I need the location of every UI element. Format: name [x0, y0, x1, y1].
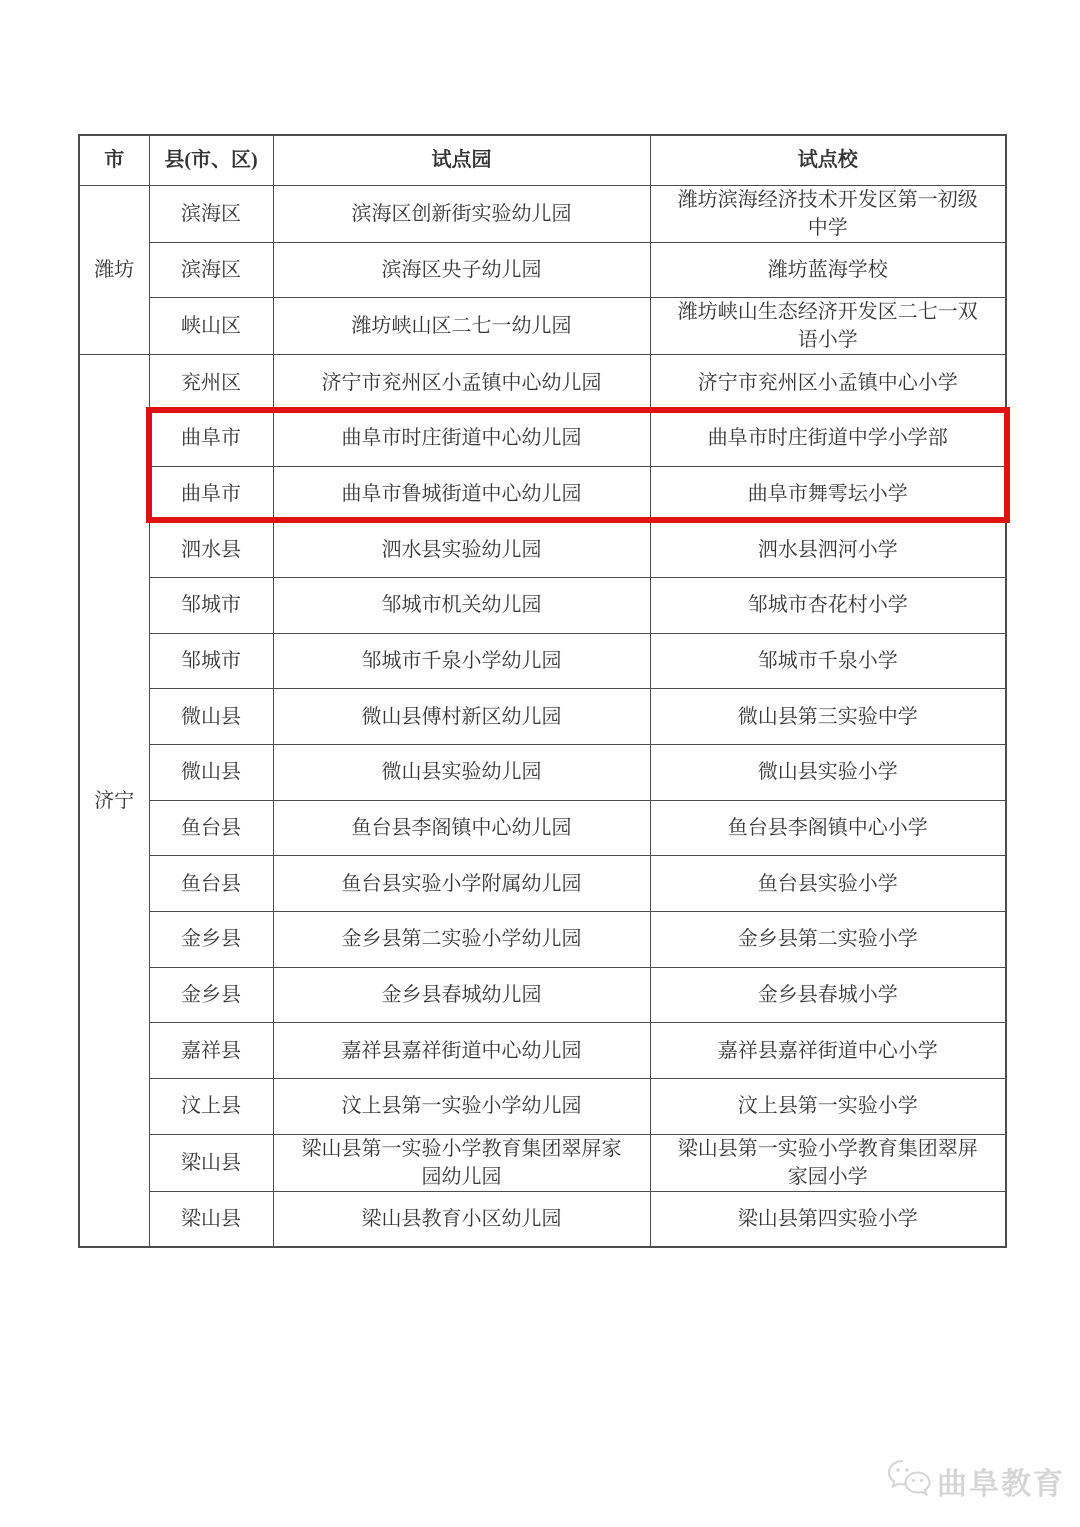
garden-cell: 曲阜市时庄街道中心幼儿园	[273, 410, 650, 466]
table-row: 微山县微山县傅村新区幼儿园微山县第三实验中学	[79, 689, 1006, 745]
garden-cell: 曲阜市鲁城街道中心幼儿园	[273, 466, 650, 522]
header-county: 县(市、区)	[149, 135, 273, 185]
page: 市 县(市、区) 试点园 试点校 潍坊滨海区滨海区创新街实验幼儿园潍坊滨海经济技…	[0, 0, 1080, 1527]
header-row: 市 县(市、区) 试点园 试点校	[79, 135, 1006, 185]
table-row: 梁山县梁山县教育小区幼儿园梁山县第四实验小学	[79, 1191, 1006, 1247]
county-cell: 梁山县	[149, 1191, 273, 1247]
table-row: 梁山县梁山县第一实验小学教育集团翠屏家园幼儿园梁山县第一实验小学教育集团翠屏家园…	[79, 1134, 1006, 1191]
table-row: 泗水县泗水县实验幼儿园泗水县泗河小学	[79, 522, 1006, 578]
table-row: 嘉祥县嘉祥县嘉祥街道中心幼儿园嘉祥县嘉祥街道中心小学	[79, 1023, 1006, 1079]
county-cell: 滨海区	[149, 242, 273, 298]
county-cell: 鱼台县	[149, 856, 273, 912]
garden-cell: 微山县实验幼儿园	[273, 745, 650, 801]
garden-cell: 邹城市机关幼儿园	[273, 577, 650, 633]
county-cell: 金乡县	[149, 912, 273, 968]
table-row: 邹城市邹城市千泉小学幼儿园邹城市千泉小学	[79, 633, 1006, 689]
table-row: 微山县微山县实验幼儿园微山县实验小学	[79, 745, 1006, 801]
county-cell: 鱼台县	[149, 800, 273, 856]
county-cell: 泗水县	[149, 522, 273, 578]
garden-cell: 梁山县教育小区幼儿园	[273, 1191, 650, 1247]
garden-cell: 滨海区央子幼儿园	[273, 242, 650, 298]
school-cell: 鱼台县李阁镇中心小学	[650, 800, 1006, 856]
school-cell: 潍坊滨海经济技术开发区第一初级中学	[650, 185, 1006, 242]
garden-cell: 滨海区创新街实验幼儿园	[273, 185, 650, 242]
county-cell: 曲阜市	[149, 410, 273, 466]
wechat-icon	[886, 1458, 932, 1503]
school-cell: 金乡县春城小学	[650, 967, 1006, 1023]
pilot-table: 市 县(市、区) 试点园 试点校 潍坊滨海区滨海区创新街实验幼儿园潍坊滨海经济技…	[78, 134, 1007, 1248]
county-cell: 微山县	[149, 689, 273, 745]
county-cell: 金乡县	[149, 967, 273, 1023]
garden-cell: 嘉祥县嘉祥街道中心幼儿园	[273, 1023, 650, 1079]
county-cell: 梁山县	[149, 1134, 273, 1191]
table-row: 曲阜市曲阜市时庄街道中心幼儿园曲阜市时庄街道中学小学部	[79, 410, 1006, 466]
school-cell: 潍坊峡山生态经济开发区二七一双语小学	[650, 298, 1006, 355]
garden-cell: 鱼台县李阁镇中心幼儿园	[273, 800, 650, 856]
table-row: 济宁兖州区济宁市兖州区小孟镇中心幼儿园济宁市兖州区小孟镇中心小学	[79, 355, 1006, 411]
garden-cell: 鱼台县实验小学附属幼儿园	[273, 856, 650, 912]
watermark-label: 曲阜教育	[937, 1459, 1065, 1503]
county-cell: 汶上县	[149, 1079, 273, 1135]
garden-cell: 济宁市兖州区小孟镇中心幼儿园	[273, 355, 650, 411]
garden-cell: 潍坊峡山区二七一幼儿园	[273, 298, 650, 355]
school-cell: 梁山县第一实验小学教育集团翠屏家园小学	[650, 1134, 1006, 1191]
garden-cell: 金乡县春城幼儿园	[273, 967, 650, 1023]
header-city: 市	[79, 135, 149, 185]
garden-cell: 汶上县第一实验小学幼儿园	[273, 1079, 650, 1135]
county-cell: 邹城市	[149, 577, 273, 633]
school-cell: 金乡县第二实验小学	[650, 912, 1006, 968]
city-cell: 潍坊	[79, 185, 149, 355]
watermark: 曲阜教育	[886, 1458, 1065, 1503]
school-cell: 曲阜市舞雩坛小学	[650, 466, 1006, 522]
county-cell: 峡山区	[149, 298, 273, 355]
table-row: 金乡县金乡县第二实验小学幼儿园金乡县第二实验小学	[79, 912, 1006, 968]
school-cell: 泗水县泗河小学	[650, 522, 1006, 578]
school-cell: 曲阜市时庄街道中学小学部	[650, 410, 1006, 466]
school-cell: 潍坊蓝海学校	[650, 242, 1006, 298]
school-cell: 邹城市杏花村小学	[650, 577, 1006, 633]
table-row: 汶上县汶上县第一实验小学幼儿园汶上县第一实验小学	[79, 1079, 1006, 1135]
header-school: 试点校	[650, 135, 1006, 185]
table-row: 鱼台县鱼台县李阁镇中心幼儿园鱼台县李阁镇中心小学	[79, 800, 1006, 856]
table-row: 鱼台县鱼台县实验小学附属幼儿园鱼台县实验小学	[79, 856, 1006, 912]
county-cell: 邹城市	[149, 633, 273, 689]
county-cell: 微山县	[149, 745, 273, 801]
school-cell: 微山县第三实验中学	[650, 689, 1006, 745]
school-cell: 嘉祥县嘉祥街道中心小学	[650, 1023, 1006, 1079]
school-cell: 微山县实验小学	[650, 745, 1006, 801]
garden-cell: 泗水县实验幼儿园	[273, 522, 650, 578]
header-garden: 试点园	[273, 135, 650, 185]
school-cell: 汶上县第一实验小学	[650, 1079, 1006, 1135]
school-cell: 邹城市千泉小学	[650, 633, 1006, 689]
table-row: 邹城市邹城市机关幼儿园邹城市杏花村小学	[79, 577, 1006, 633]
garden-cell: 金乡县第二实验小学幼儿园	[273, 912, 650, 968]
table-row: 潍坊滨海区滨海区创新街实验幼儿园潍坊滨海经济技术开发区第一初级中学	[79, 185, 1006, 242]
table-row: 峡山区潍坊峡山区二七一幼儿园潍坊峡山生态经济开发区二七一双语小学	[79, 298, 1006, 355]
county-cell: 嘉祥县	[149, 1023, 273, 1079]
table-row: 金乡县金乡县春城幼儿园金乡县春城小学	[79, 967, 1006, 1023]
garden-cell: 微山县傅村新区幼儿园	[273, 689, 650, 745]
city-cell: 济宁	[79, 355, 149, 1247]
school-cell: 鱼台县实验小学	[650, 856, 1006, 912]
county-cell: 兖州区	[149, 355, 273, 411]
county-cell: 曲阜市	[149, 466, 273, 522]
garden-cell: 邹城市千泉小学幼儿园	[273, 633, 650, 689]
garden-cell: 梁山县第一实验小学教育集团翠屏家园幼儿园	[273, 1134, 650, 1191]
school-cell: 梁山县第四实验小学	[650, 1191, 1006, 1247]
table-row: 滨海区滨海区央子幼儿园潍坊蓝海学校	[79, 242, 1006, 298]
school-cell: 济宁市兖州区小孟镇中心小学	[650, 355, 1006, 411]
table-row: 曲阜市曲阜市鲁城街道中心幼儿园曲阜市舞雩坛小学	[79, 466, 1006, 522]
county-cell: 滨海区	[149, 185, 273, 242]
